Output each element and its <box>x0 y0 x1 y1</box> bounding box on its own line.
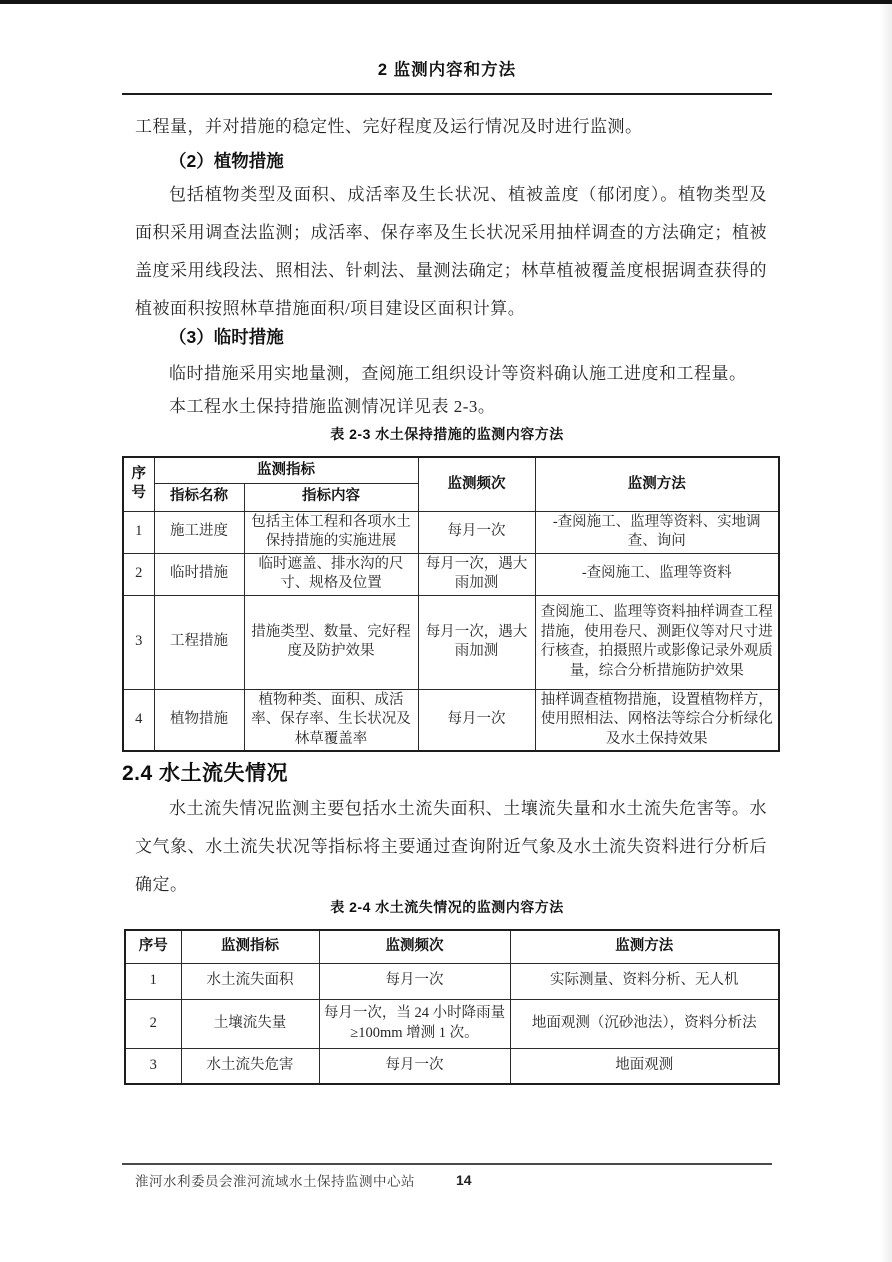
cell-method: 地面观测 <box>510 1048 779 1084</box>
page-footer: 淮河水利委员会淮河流域水土保持监测中心站 14 <box>122 1163 772 1191</box>
scan-edge-right <box>880 0 892 1262</box>
cell-method: 实际测量、资料分析、无人机 <box>510 963 779 999</box>
cell-no: 2 <box>125 999 181 1048</box>
cell-indicator-name: 施工进度 <box>154 511 244 553</box>
cell-frequency: 每月一次 <box>319 1048 510 1084</box>
cell-indicator-name: 工程措施 <box>154 595 244 689</box>
paragraph-table-2-3-reference: 本工程水土保持措施监测情况详见表 2-3。 <box>122 388 772 426</box>
table-2-3-caption: 表 2-3 水土保持措施的监测内容方法 <box>122 424 772 444</box>
header-cell-indicator: 监测指标 <box>154 457 418 483</box>
page-number: 14 <box>456 1172 472 1188</box>
cell-indicator: 水土流失危害 <box>181 1048 319 1084</box>
paragraph-soil-erosion: 水土流失情况监测主要包括水土流失面积、土壤流失量和水土流失危害等。水文气象、水土… <box>122 790 772 904</box>
table-row: 1 施工进度 包括主体工程和各项水土保持措施的实施进展 每月一次 -查阅施工、监… <box>123 511 779 553</box>
cell-indicator-content: 措施类型、数量、完好程度及防护效果 <box>244 595 418 689</box>
cell-frequency: 每月一次 <box>418 689 535 751</box>
cell-indicator: 水土流失面积 <box>181 963 319 999</box>
cell-method: 查阅施工、监理等资料抽样调查工程措施，使用卷尺、测距仪等对尺寸进行核查，拍摄照片… <box>535 595 779 689</box>
cell-frequency: 每月一次，遇大雨加测 <box>418 595 535 689</box>
document-page: 2 监测内容和方法 工程量，并对措施的稳定性、完好程度及运行情况及时进行监测。 … <box>0 0 892 1262</box>
cell-indicator-name: 临时措施 <box>154 553 244 595</box>
table-row: 4 植物措施 植物种类、面积、成活率、保存率、生长状况及林草覆盖率 每月一次 抽… <box>123 689 779 751</box>
table-2-3: 序号 监测指标 监测频次 监测方法 指标名称 指标内容 1 施工进度 包括主体工… <box>122 456 780 752</box>
paragraph-plant-measures: 包括植物类型及面积、成活率及生长状况、植被盖度（郁闭度）。植物类型及面积采用调查… <box>122 176 772 328</box>
cell-indicator: 土壤流失量 <box>181 999 319 1048</box>
cell-frequency: 每月一次，当 24 小时降雨量≥100mm 增测 1 次。 <box>319 999 510 1048</box>
header-cell-method: 监测方法 <box>510 930 779 963</box>
cell-no: 3 <box>125 1048 181 1084</box>
cell-no: 1 <box>123 511 154 553</box>
table-row: 3 工程措施 措施类型、数量、完好程度及防护效果 每月一次，遇大雨加测 查阅施工… <box>123 595 779 689</box>
cell-method: -查阅施工、监理等资料 <box>535 553 779 595</box>
table-2-4-header-row: 序号 监测指标 监测频次 监测方法 <box>125 930 779 963</box>
table-2-4-caption: 表 2-4 水土流失情况的监测内容方法 <box>122 897 772 917</box>
cell-frequency: 每月一次，遇大雨加测 <box>418 553 535 595</box>
header-cell-frequency: 监测频次 <box>319 930 510 963</box>
header-cell-indicator-name: 指标名称 <box>154 483 244 511</box>
header-cell-no: 序号 <box>125 930 181 963</box>
table-row: 3 水土流失危害 每月一次 地面观测 <box>125 1048 779 1084</box>
cell-method: -查阅施工、监理等资料、实地调查、询问 <box>535 511 779 553</box>
table-2-3-header-row-1: 序号 监测指标 监测频次 监测方法 <box>123 457 779 483</box>
cell-no: 3 <box>123 595 154 689</box>
cell-no: 2 <box>123 553 154 595</box>
cell-method: 抽样调查植物措施，设置植物样方，使用照相法、网格法等综合分析绿化及水土保持效果 <box>535 689 779 751</box>
table-2-4: 序号 监测指标 监测频次 监测方法 1 水土流失面积 每月一次 实际测量、资料分… <box>124 929 780 1085</box>
heading-plant-measures: （2）植物措施 <box>122 146 772 176</box>
cell-no: 4 <box>123 689 154 751</box>
page-header-title: 2 监测内容和方法 <box>378 61 516 79</box>
scan-edge-top <box>0 0 892 4</box>
cell-frequency: 每月一次 <box>418 511 535 553</box>
header-cell-method: 监测方法 <box>535 457 779 511</box>
cell-method: 地面观测（沉砂池法），资料分析法 <box>510 999 779 1048</box>
section-title-2-4: 2.4 水土流失情况 <box>122 759 772 789</box>
cell-indicator-content: 植物种类、面积、成活率、保存率、生长状况及林草覆盖率 <box>244 689 418 751</box>
header-cell-indicator-content: 指标内容 <box>244 483 418 511</box>
footer-organization: 淮河水利委员会淮河流域水土保持监测中心站 <box>122 1170 415 1190</box>
page-header: 2 监测内容和方法 <box>122 57 772 95</box>
table-row: 1 水土流失面积 每月一次 实际测量、资料分析、无人机 <box>125 963 779 999</box>
cell-indicator-content: 包括主体工程和各项水土保持措施的实施进展 <box>244 511 418 553</box>
header-cell-indicator: 监测指标 <box>181 930 319 963</box>
cell-frequency: 每月一次 <box>319 963 510 999</box>
cell-indicator-name: 植物措施 <box>154 689 244 751</box>
header-cell-frequency: 监测频次 <box>418 457 535 511</box>
cell-indicator-content: 临时遮盖、排水沟的尺寸、规格及位置 <box>244 553 418 595</box>
cell-no: 1 <box>125 963 181 999</box>
table-row: 2 临时措施 临时遮盖、排水沟的尺寸、规格及位置 每月一次，遇大雨加测 -查阅施… <box>123 553 779 595</box>
paragraph-intro: 工程量，并对措施的稳定性、完好程度及运行情况及时进行监测。 <box>122 108 772 146</box>
page-content: 2 监测内容和方法 工程量，并对措施的稳定性、完好程度及运行情况及时进行监测。 … <box>122 57 772 1085</box>
header-cell-no: 序号 <box>123 457 154 511</box>
table-row: 2 土壤流失量 每月一次，当 24 小时降雨量≥100mm 增测 1 次。 地面… <box>125 999 779 1048</box>
